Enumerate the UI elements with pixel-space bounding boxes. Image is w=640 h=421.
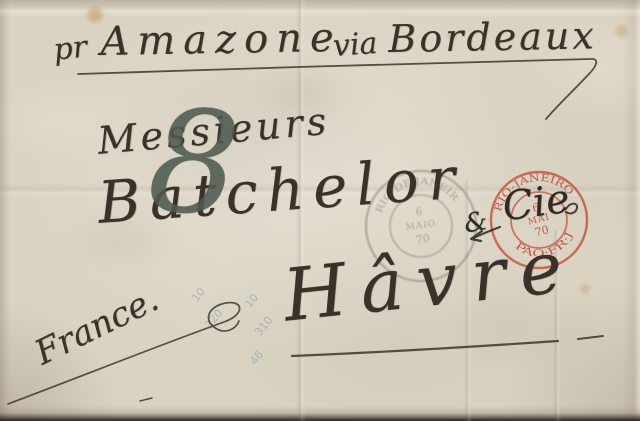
- company-suffix-co: Cie: [500, 179, 572, 228]
- pencil-mark: 10: [190, 286, 207, 304]
- pencil-mark: 310: [253, 314, 275, 337]
- country-flourish-dash: [140, 398, 152, 401]
- pencil-mark: 10: [243, 292, 260, 310]
- black-postmark-date-month: MAIO: [405, 219, 437, 233]
- destination-city: Hâvre: [280, 229, 579, 331]
- routing-word-via: via: [332, 29, 378, 62]
- routing-word-port: Bordeaux: [388, 16, 597, 58]
- pencil-mark: 46: [248, 349, 265, 367]
- routing-word-ship: Amazone: [100, 18, 342, 62]
- city-underline-dash: [578, 336, 603, 339]
- pencil-mark: 320: [203, 307, 225, 330]
- city-underline: [292, 341, 558, 356]
- postage-due-8: 8: [144, 90, 244, 238]
- destination-country: France.: [30, 282, 164, 370]
- letter-cover: RIO DE JANEIRO 6 MAIO 70 RIO-JANEIRO PAQ…: [0, 0, 640, 421]
- routing-word-pr: pr: [52, 32, 88, 65]
